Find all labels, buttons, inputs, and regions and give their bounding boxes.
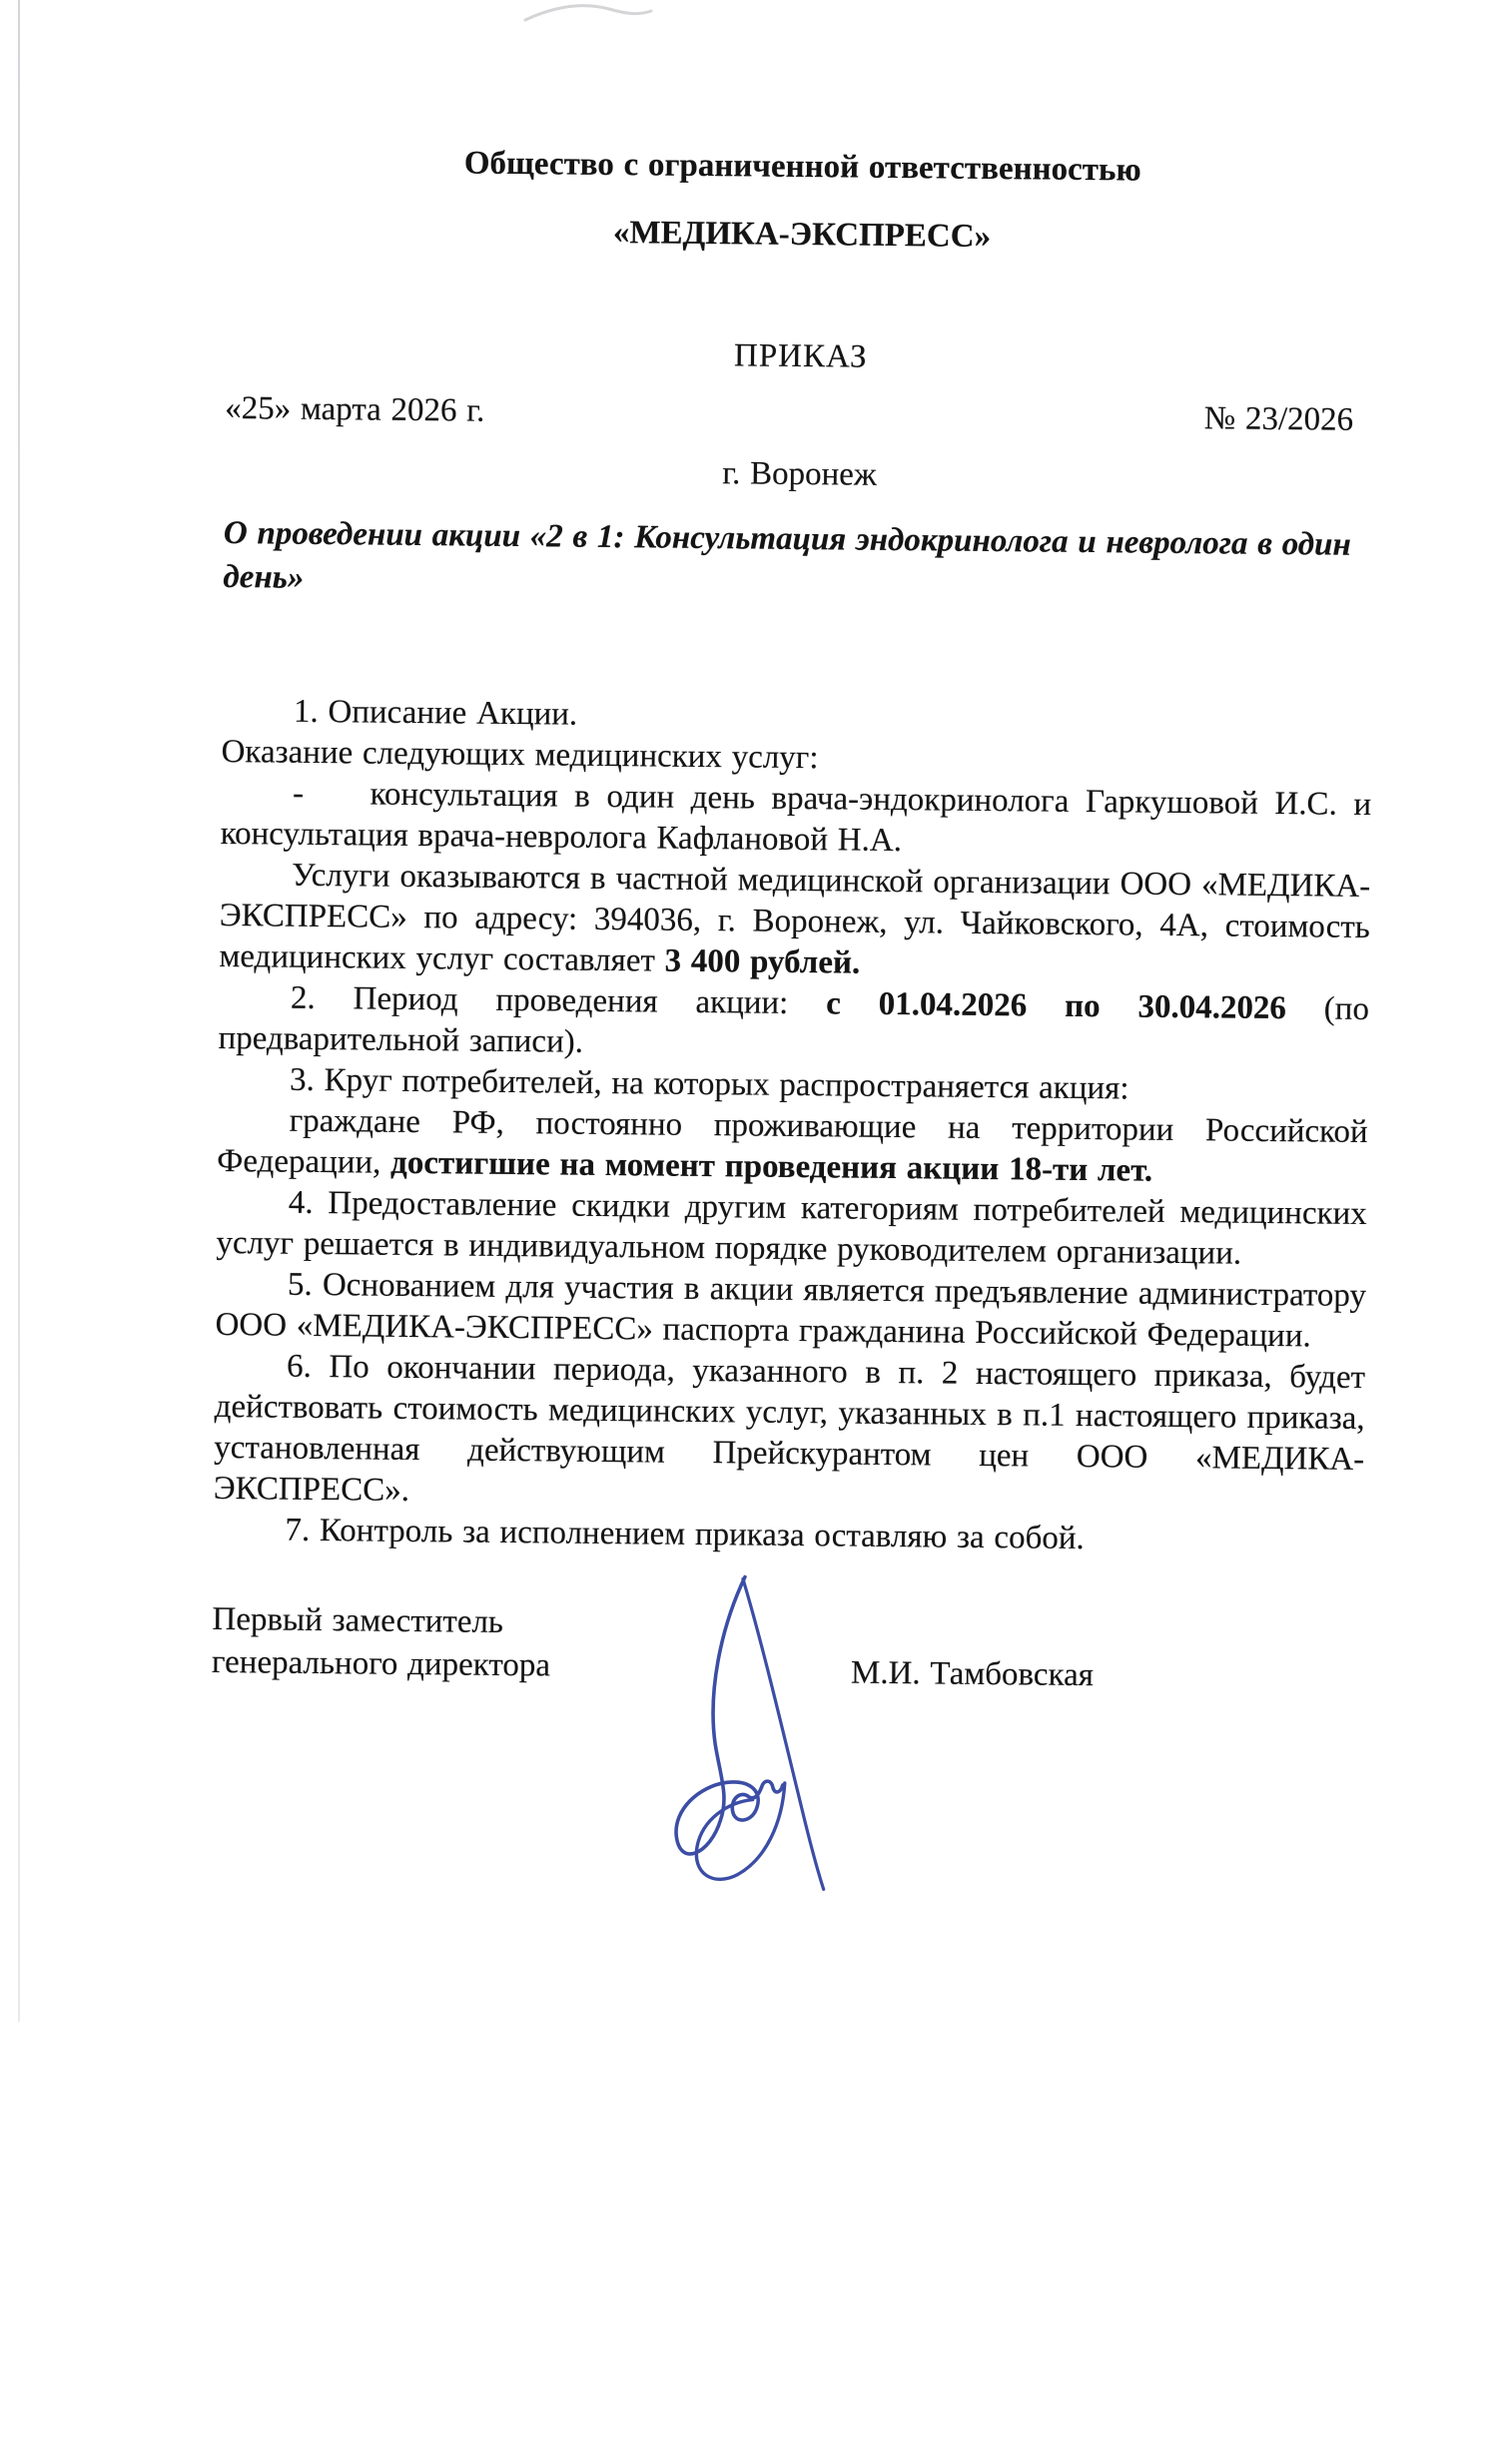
doc-date: «25» марта 2026 г. — [225, 387, 485, 432]
doc-city: г. Воронеж — [224, 447, 1374, 501]
scan-smudge-artifact — [519, 0, 659, 28]
body-paragraphs: 1. Описание Акции.Оказание следующих мед… — [213, 691, 1372, 1562]
paragraph: 4. Предоставление скидки другим категори… — [216, 1182, 1367, 1276]
signer-role-line1: Первый заместитель — [212, 1601, 503, 1640]
document-content: Общество с ограниченной ответственностью… — [209, 140, 1378, 1940]
paragraph: Услуги оказываются в частной медицинской… — [219, 855, 1370, 989]
doc-type-title: ПРИКАЗ — [226, 329, 1376, 383]
paragraph: 6. По окончании периода, указанного в п.… — [214, 1346, 1366, 1522]
org-name-line1: Общество с ограниченной ответственностью — [228, 140, 1378, 194]
paragraph: 2. Период проведения акции: с 01.04.2026… — [218, 977, 1369, 1071]
doc-number: № 23/2026 — [1204, 397, 1376, 441]
scanned-document-page: Общество с ограниченной ответственностью… — [0, 0, 1498, 2464]
signer-role-line2: генерального директора — [212, 1644, 550, 1684]
doc-subject: О проведении акции «2 в 1: Консультация … — [223, 511, 1374, 611]
signer-name: М.И. Тамбовская — [851, 1652, 1094, 1697]
date-number-row: «25» марта 2026 г. № 23/2026 — [225, 387, 1375, 441]
signature-ink — [664, 1572, 837, 1894]
scan-edge-line — [18, 0, 20, 2022]
paragraph: - консультация в один день врача-эндокри… — [221, 773, 1372, 867]
org-name-line2: «МЕДИКА-ЭКСПРЕСС» — [227, 208, 1377, 262]
paragraph: граждане РФ, постоянно проживающие на те… — [217, 1100, 1368, 1194]
paragraph: 5. Основанием для участия в акции являет… — [215, 1264, 1366, 1358]
signature-block: Первый заместитель генерального директор… — [209, 1598, 1362, 1940]
